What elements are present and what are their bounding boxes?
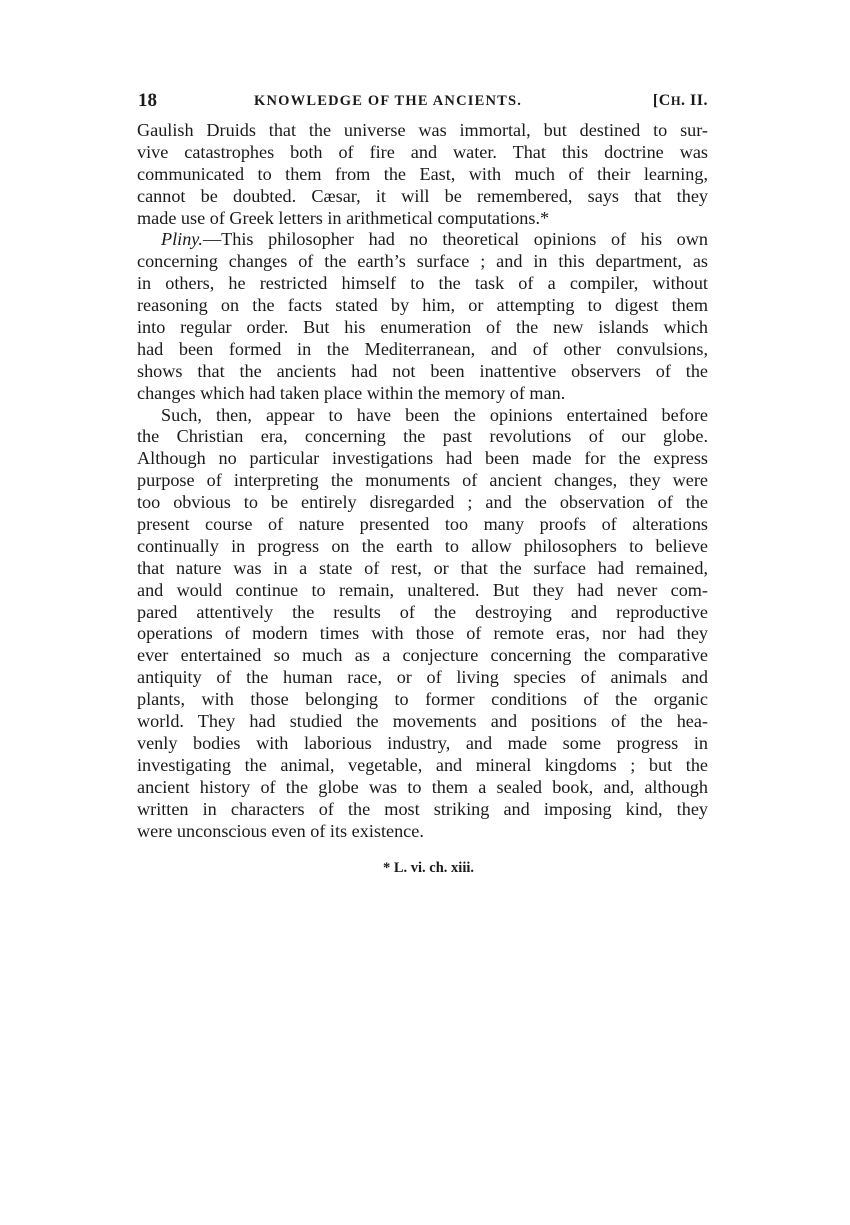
chapter-small-caps: H bbox=[671, 94, 681, 108]
footnote: * L. vi. ch. xiii. bbox=[137, 860, 708, 877]
text-line: communicated to them from the East, with… bbox=[137, 164, 708, 186]
text-line: in others, he restricted himself to the … bbox=[137, 273, 708, 295]
em-dash: — bbox=[203, 229, 221, 249]
text-line: continually in progress on the earth to … bbox=[137, 536, 708, 558]
running-header: 18 KNOWLEDGE OF THE ANCIENTS. [CH. II. bbox=[137, 88, 708, 114]
text-line: ancient history of the globe was to them… bbox=[137, 777, 708, 799]
chapter-label: [CH. II. bbox=[653, 88, 708, 114]
text-line: cannot be doubted. Cæsar, it will be rem… bbox=[137, 186, 708, 208]
text-line: were unconscious even of its existence. bbox=[137, 821, 708, 843]
text-line: had been formed in the Mediterranean, an… bbox=[137, 339, 708, 361]
text-line-content: This philosopher had no theoretical opin… bbox=[221, 229, 708, 249]
text-line: that nature was in a state of rest, or t… bbox=[137, 558, 708, 580]
paragraph-christian-era: Such, then, appear to have been the opin… bbox=[137, 405, 708, 843]
body-text: Gaulish Druids that the universe was imm… bbox=[137, 120, 708, 842]
text-line: too obvious to be entirely disregarded ;… bbox=[137, 492, 708, 514]
text-line: plants, with those belonging to former c… bbox=[137, 689, 708, 711]
text-line: pared attentively the results of the des… bbox=[137, 602, 708, 624]
text-line: into regular order. But his enumeration … bbox=[137, 317, 708, 339]
running-title: KNOWLEDGE OF THE ANCIENTS. bbox=[254, 88, 522, 114]
text-line: world. They had studied the movements an… bbox=[137, 711, 708, 733]
section-lead-pliny: Pliny. bbox=[161, 229, 203, 249]
text-line: reasoning on the facts stated by him, or… bbox=[137, 295, 708, 317]
text-line: antiquity of the human race, or of livin… bbox=[137, 667, 708, 689]
text-line: investigating the animal, vegetable, and… bbox=[137, 755, 708, 777]
text-line: and would continue to remain, unaltered.… bbox=[137, 580, 708, 602]
page-number: 18 bbox=[138, 88, 157, 114]
chapter-bracket: [C bbox=[653, 92, 671, 109]
text-line: Although no particular investigations ha… bbox=[137, 448, 708, 470]
text-line: made use of Greek letters in arithmetica… bbox=[137, 208, 708, 230]
text-line: ever entertained so much as a conjecture… bbox=[137, 645, 708, 667]
text-line: written in characters of the most striki… bbox=[137, 799, 708, 821]
text-line: present course of nature presented too m… bbox=[137, 514, 708, 536]
text-line: Such, then, appear to have been the opin… bbox=[137, 405, 708, 427]
paragraph-druids: Gaulish Druids that the universe was imm… bbox=[137, 120, 708, 229]
book-page: 18 KNOWLEDGE OF THE ANCIENTS. [CH. II. G… bbox=[137, 88, 708, 877]
text-line: shows that the ancients had not been ina… bbox=[137, 361, 708, 383]
text-line: the Christian era, concerning the past r… bbox=[137, 426, 708, 448]
text-line: Gaulish Druids that the universe was imm… bbox=[137, 120, 708, 142]
text-line: venly bodies with laborious industry, an… bbox=[137, 733, 708, 755]
text-line: vive catastrophes both of fire and water… bbox=[137, 142, 708, 164]
text-line: operations of modern times with those of… bbox=[137, 623, 708, 645]
paragraph-pliny: Pliny.—This philosopher had no theoretic… bbox=[137, 229, 708, 404]
text-line: changes which had taken place within the… bbox=[137, 383, 708, 405]
text-line: Pliny.—This philosopher had no theoretic… bbox=[137, 229, 708, 251]
text-line: concerning changes of the earth’s surfac… bbox=[137, 251, 708, 273]
text-line: purpose of interpreting the monuments of… bbox=[137, 470, 708, 492]
chapter-number: . II. bbox=[681, 92, 708, 109]
